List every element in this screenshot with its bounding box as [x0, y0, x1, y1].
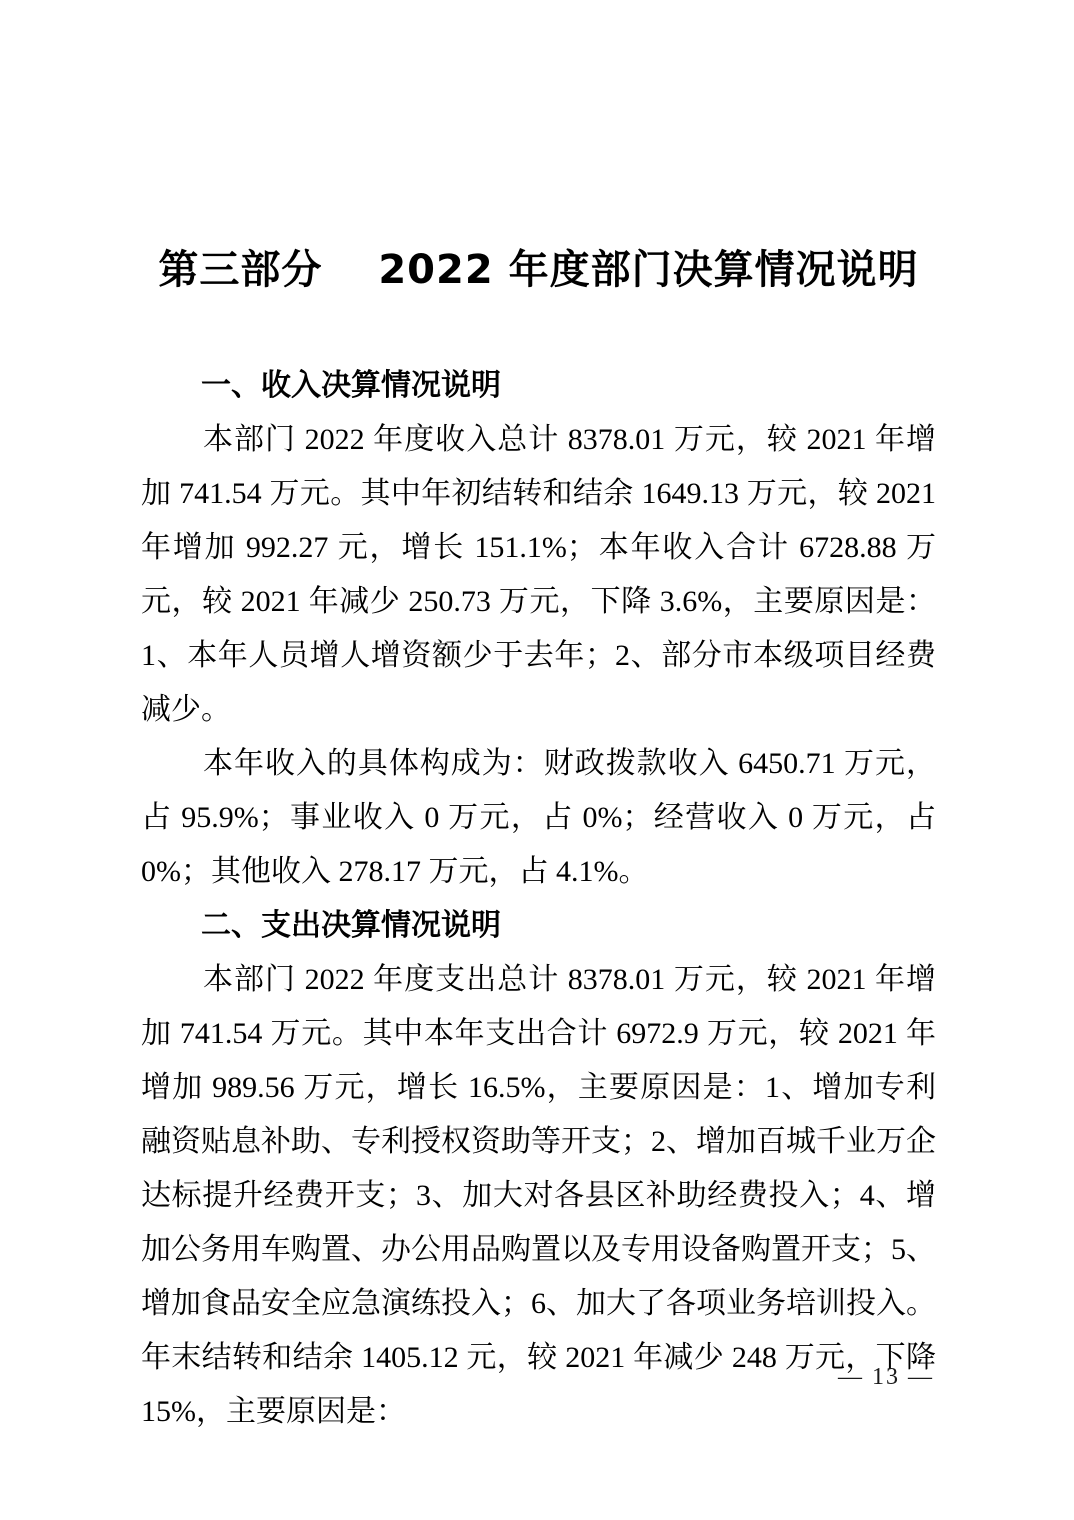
section-heading-income: 一、收入决算情况说明 — [141, 359, 936, 413]
document-page: 第三部分 2022 年度部门决算情况说明 一、收入决算情况说明 本部门 2022… — [0, 0, 1074, 1520]
paragraph-income-composition: 本年收入的具体构成为：财政拨款收入 6450.71 万元，占 95.9%；事业收… — [141, 737, 936, 899]
page-title: 第三部分 2022 年度部门决算情况说明 — [141, 246, 936, 294]
paragraph-expenditure-total: 本部门 2022 年度支出总计 8378.01 万元，较 2021 年增加 74… — [141, 953, 936, 1439]
section-heading-expenditure: 二、支出决算情况说明 — [141, 899, 936, 953]
page-number: — 13 — — [838, 1362, 934, 1392]
paragraph-income-total: 本部门 2022 年度收入总计 8378.01 万元，较 2021 年增加 74… — [141, 413, 936, 737]
document-content: 第三部分 2022 年度部门决算情况说明 一、收入决算情况说明 本部门 2022… — [141, 0, 936, 1439]
